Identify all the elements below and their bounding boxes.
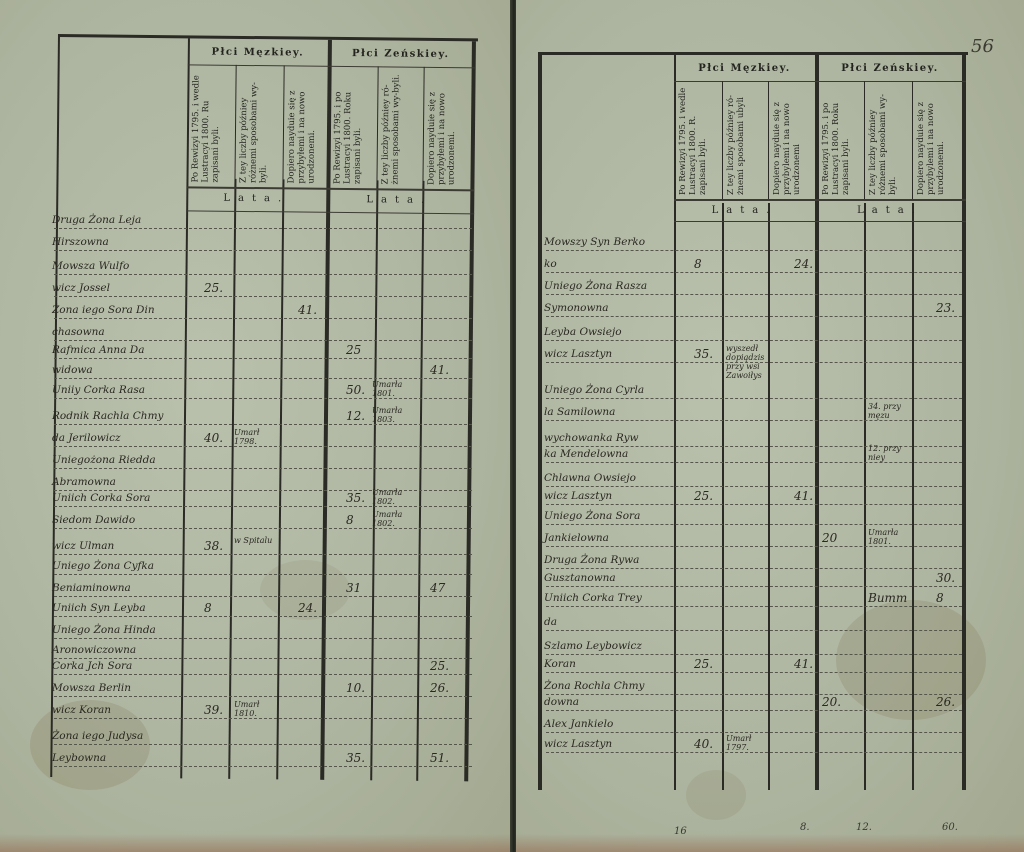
annotation-note: 34. przy męzu	[868, 402, 918, 420]
column-divider	[912, 203, 914, 790]
person-name: wychowanka Ryw	[544, 432, 639, 444]
row-guide-line	[54, 468, 472, 469]
header-rule	[186, 186, 474, 191]
row-guide-line	[54, 674, 472, 675]
row-guide-line	[54, 596, 472, 597]
row-guide-line	[546, 398, 962, 399]
person-name: la Samilowna	[544, 406, 615, 418]
header-divider	[768, 81, 769, 199]
person-name: wicz Lasztyn	[544, 738, 612, 750]
person-name: Chlawna Owsiejo	[544, 472, 636, 484]
person-name: da	[544, 616, 557, 628]
column-header: Dopiero nayduie się z przybyłemi i na no…	[286, 69, 325, 183]
column-header: Dopiero nayduie się z przybylemi i na no…	[916, 85, 960, 195]
column-header: Z tey liczby późniey różnemi sposobami w…	[868, 85, 910, 195]
row-guide-line	[54, 274, 472, 275]
header-divider	[234, 65, 236, 187]
row-guide-line	[546, 250, 962, 251]
years-label-male: Lata.	[186, 192, 326, 204]
person-name: Corka Jch Sora	[52, 660, 132, 672]
age-value: 10.	[346, 681, 365, 695]
annotation-note: 12. przy niey	[868, 444, 918, 462]
years-label-female: Lata.	[818, 205, 962, 216]
row-guide-line	[54, 658, 472, 659]
person-name: Uniich Corka Trey	[544, 592, 642, 604]
row-guide-line	[546, 420, 962, 421]
male-group-header: Płci Męzkiey.	[674, 63, 815, 74]
right-page: 56 Płci Męzkiey. Płci Zeńskiey. Po Rewiz…	[516, 0, 1024, 852]
person-name: Druga Żona Leja	[52, 214, 141, 226]
row-guide-line	[54, 228, 472, 229]
age-value: 25	[346, 343, 361, 357]
row-guide-line	[54, 554, 472, 555]
annotation-note: wyszedł dopiądzis przy wsi Zawoiłys	[726, 344, 776, 380]
male-group-header: Płci Męzkiey.	[188, 46, 328, 58]
page-edge	[516, 834, 1024, 852]
page-edge	[0, 834, 512, 852]
age-value: 41.	[430, 363, 449, 377]
person-name: Uniego Żona Sora	[544, 510, 640, 522]
person-name: Uniegożona Riedda	[52, 454, 156, 466]
person-name: Mowszy Syn Berko	[544, 236, 645, 248]
person-name: Hirszowna	[52, 236, 109, 248]
age-value: 47	[430, 581, 445, 595]
column-divider	[228, 179, 236, 779]
age-value: 8	[346, 513, 354, 527]
row-guide-line	[54, 340, 472, 341]
annotation-note: Umarła 1802.	[372, 488, 422, 506]
column-header: Po Rewizyi 1795. i po Lustracyi 1800. Ro…	[821, 85, 863, 195]
age-value: 26.	[936, 695, 955, 709]
row-guide-line	[546, 546, 962, 547]
age-value: 35.	[346, 751, 365, 765]
column-header: Z tey liczby późniey ró-żnemi sposobami …	[380, 70, 421, 184]
row-guide-line	[546, 694, 962, 695]
age-value: 50.	[346, 383, 365, 397]
column-divider	[722, 203, 724, 790]
column-divider	[815, 55, 819, 790]
age-value: 41.	[794, 489, 813, 503]
row-guide-line	[54, 506, 472, 507]
age-value: 25.	[694, 489, 713, 503]
person-name: ko	[544, 258, 557, 270]
row-guide-line	[54, 574, 472, 575]
person-name: Szlamo Leybowicz	[544, 640, 642, 652]
header-rule	[188, 64, 476, 68]
annotation-note: Umarła 1803.	[372, 406, 422, 424]
person-name: chasowna	[52, 326, 105, 338]
row-guide-line	[546, 272, 962, 273]
age-value: 20	[822, 531, 837, 545]
row-guide-line	[546, 586, 962, 587]
age-value: 38.	[204, 539, 223, 553]
row-guide-line	[546, 606, 962, 607]
person-name: Druga Żona Rywa	[544, 554, 639, 566]
footer-total: 16	[674, 826, 687, 837]
footer-total: 12.	[856, 822, 872, 833]
age-value: 25.	[204, 281, 223, 295]
table-border	[962, 55, 966, 790]
person-name: Uniego Żona Hinda	[52, 624, 156, 636]
annotation-note: Umarł 1797.	[726, 734, 776, 752]
left-page: Płci Męzkiey. Płci Zeńskiey. Po Rewizyi …	[0, 0, 513, 852]
person-name: Żona iego Judysa	[52, 730, 143, 742]
age-value: 25.	[694, 657, 713, 671]
age-value: 24.	[794, 257, 813, 271]
person-name: Uniego Żona Cyrla	[544, 384, 644, 396]
age-value: 8	[694, 257, 702, 271]
row-guide-line	[546, 504, 962, 505]
row-guide-line	[54, 528, 472, 529]
person-name: Uniego Żona Rasza	[544, 280, 647, 292]
person-name: wicz Koran	[52, 704, 111, 716]
row-guide-line	[546, 568, 962, 569]
row-guide-line	[54, 718, 472, 719]
person-name: Uniich Corka Sora	[52, 492, 150, 504]
row-guide-line	[54, 296, 472, 297]
age-value: 8	[204, 601, 212, 615]
person-name: Rodnik Rachla Chmy	[52, 410, 163, 422]
column-divider	[276, 179, 284, 779]
row-guide-line	[54, 744, 472, 745]
age-value: 8	[936, 591, 944, 605]
row-guide-line	[546, 672, 962, 673]
person-name: Beniaminowna	[52, 582, 131, 594]
person-name: wicz Ulman	[52, 540, 114, 552]
header-divider	[722, 81, 723, 199]
header-rule	[674, 221, 966, 222]
person-name: widowa	[52, 364, 93, 376]
column-header: Po Rewizyi 1795. i wedle Lustracyi 1800.…	[190, 68, 233, 182]
age-value: 30.	[936, 571, 955, 585]
age-value: 23.	[936, 301, 955, 315]
column-header: Dopiero nayduie się z przybylemi i na no…	[772, 85, 812, 195]
column-divider	[180, 38, 190, 778]
person-name: wicz Lasztyn	[544, 490, 612, 502]
row-guide-line	[54, 616, 472, 617]
row-guide-line	[54, 446, 472, 447]
age-value: 24.	[298, 601, 317, 615]
person-name: Aronowiczowna	[52, 644, 136, 656]
age-value: 20.	[822, 695, 841, 709]
person-name: Mowsza Wulfo	[52, 260, 129, 272]
person-name: Koran	[544, 658, 576, 670]
header-divider	[282, 65, 284, 187]
row-guide-line	[54, 696, 472, 697]
person-name: Siedom Dawido	[52, 514, 135, 526]
row-guide-line	[54, 358, 472, 359]
column-header: Z tey liczby późniey ró-żnemi sposobami …	[726, 85, 766, 195]
person-name: Gusztanowna	[544, 572, 616, 584]
column-divider	[864, 203, 866, 790]
person-name: Leyba Owsiejo	[544, 326, 622, 338]
annotation-note: Umarła 1801.	[372, 380, 422, 398]
row-guide-line	[546, 486, 962, 487]
row-guide-line	[546, 654, 962, 655]
column-header: Po Rewizyi 1795. i wedle Lustracyi 1800.…	[678, 85, 720, 195]
age-value: 40.	[204, 431, 223, 445]
annotation-note: w Spitalu	[234, 536, 284, 545]
age-value: 12.	[346, 409, 365, 423]
row-guide-line	[54, 250, 472, 251]
person-name: wicz Jossel	[52, 282, 110, 294]
person-name: Uniich Syn Leyba	[52, 602, 146, 614]
row-guide-line	[546, 462, 962, 463]
age-value: 35.	[346, 491, 365, 505]
row-guide-line	[546, 752, 962, 753]
row-guide-line	[54, 766, 472, 767]
table-border	[538, 55, 542, 790]
age-value: 25.	[430, 659, 449, 673]
person-name: downa	[544, 696, 579, 708]
years-label-female: Lata.	[328, 194, 470, 206]
person-name: da Jerilowicz	[52, 432, 121, 444]
female-group-header: Płci Zeńskiey.	[330, 48, 472, 60]
age-value: 41.	[794, 657, 813, 671]
person-name: Symonowna	[544, 302, 609, 314]
header-rule	[674, 81, 966, 82]
row-guide-line	[546, 630, 962, 631]
age-value: 31	[346, 581, 361, 595]
person-name: Rafmica Anna Da	[52, 344, 144, 356]
column-divider	[674, 55, 676, 790]
person-name: Uniego Żona Cyfka	[52, 560, 154, 572]
female-group-header: Płci Zeńskiey.	[818, 63, 962, 74]
person-name: ka Mendelowna	[544, 448, 628, 460]
row-guide-line	[546, 340, 962, 341]
person-name: Leybowna	[52, 752, 106, 764]
header-rule	[186, 210, 474, 214]
footer-total: 8.	[800, 822, 810, 833]
age-value: Bumm	[868, 591, 907, 605]
row-guide-line	[54, 398, 472, 399]
age-value: 39.	[204, 703, 223, 717]
annotation-note: Umarła 1802.	[372, 510, 422, 528]
footer-total: 60.	[942, 822, 958, 833]
person-name: Jankielowna	[544, 532, 609, 544]
column-header: Z tey liczby późniey różnemi sposobami w…	[238, 69, 281, 183]
person-name: Alex Jankielo	[544, 718, 613, 730]
row-guide-line	[54, 424, 472, 425]
folio-number: 56	[971, 36, 994, 57]
header-divider	[376, 66, 378, 188]
age-value: 40.	[694, 737, 713, 751]
column-header: Po Rewizyi 1795. i po Lustracyi 1800. Ro…	[332, 70, 375, 184]
annotation-note: Umarł 1798.	[234, 428, 284, 446]
column-divider	[768, 203, 770, 790]
header-divider	[864, 81, 865, 199]
row-guide-line	[546, 732, 962, 733]
age-value: 35.	[694, 347, 713, 361]
person-name: wicz Lasztyn	[544, 348, 612, 360]
row-guide-line	[546, 294, 962, 295]
row-guide-line	[54, 378, 472, 379]
person-name: Żona iego Sora Din	[52, 304, 155, 316]
row-guide-line	[546, 710, 962, 711]
years-label-male: Lata.	[674, 205, 815, 216]
annotation-note: Umarł 1810.	[234, 700, 284, 718]
person-name: Abramowna	[52, 476, 116, 488]
age-value: 41.	[298, 303, 317, 317]
column-divider	[370, 180, 378, 780]
row-guide-line	[54, 638, 472, 639]
row-guide-line	[54, 318, 472, 319]
header-rule	[674, 199, 966, 201]
annotation-note: Umarła 1801.	[868, 528, 918, 546]
person-name: Uniiy Corka Rasa	[52, 384, 145, 396]
header-divider	[912, 81, 913, 199]
row-guide-line	[546, 316, 962, 317]
person-name: Mowsza Berlin	[52, 682, 131, 694]
age-value: 26.	[430, 681, 449, 695]
age-value: 51.	[430, 751, 449, 765]
column-divider	[416, 181, 424, 781]
person-name: Żona Rochla Chmy	[544, 680, 645, 692]
header-divider	[422, 67, 424, 189]
row-guide-line	[546, 524, 962, 525]
column-header: Dopiero nayduie się z przybyłemi i na no…	[426, 71, 469, 185]
